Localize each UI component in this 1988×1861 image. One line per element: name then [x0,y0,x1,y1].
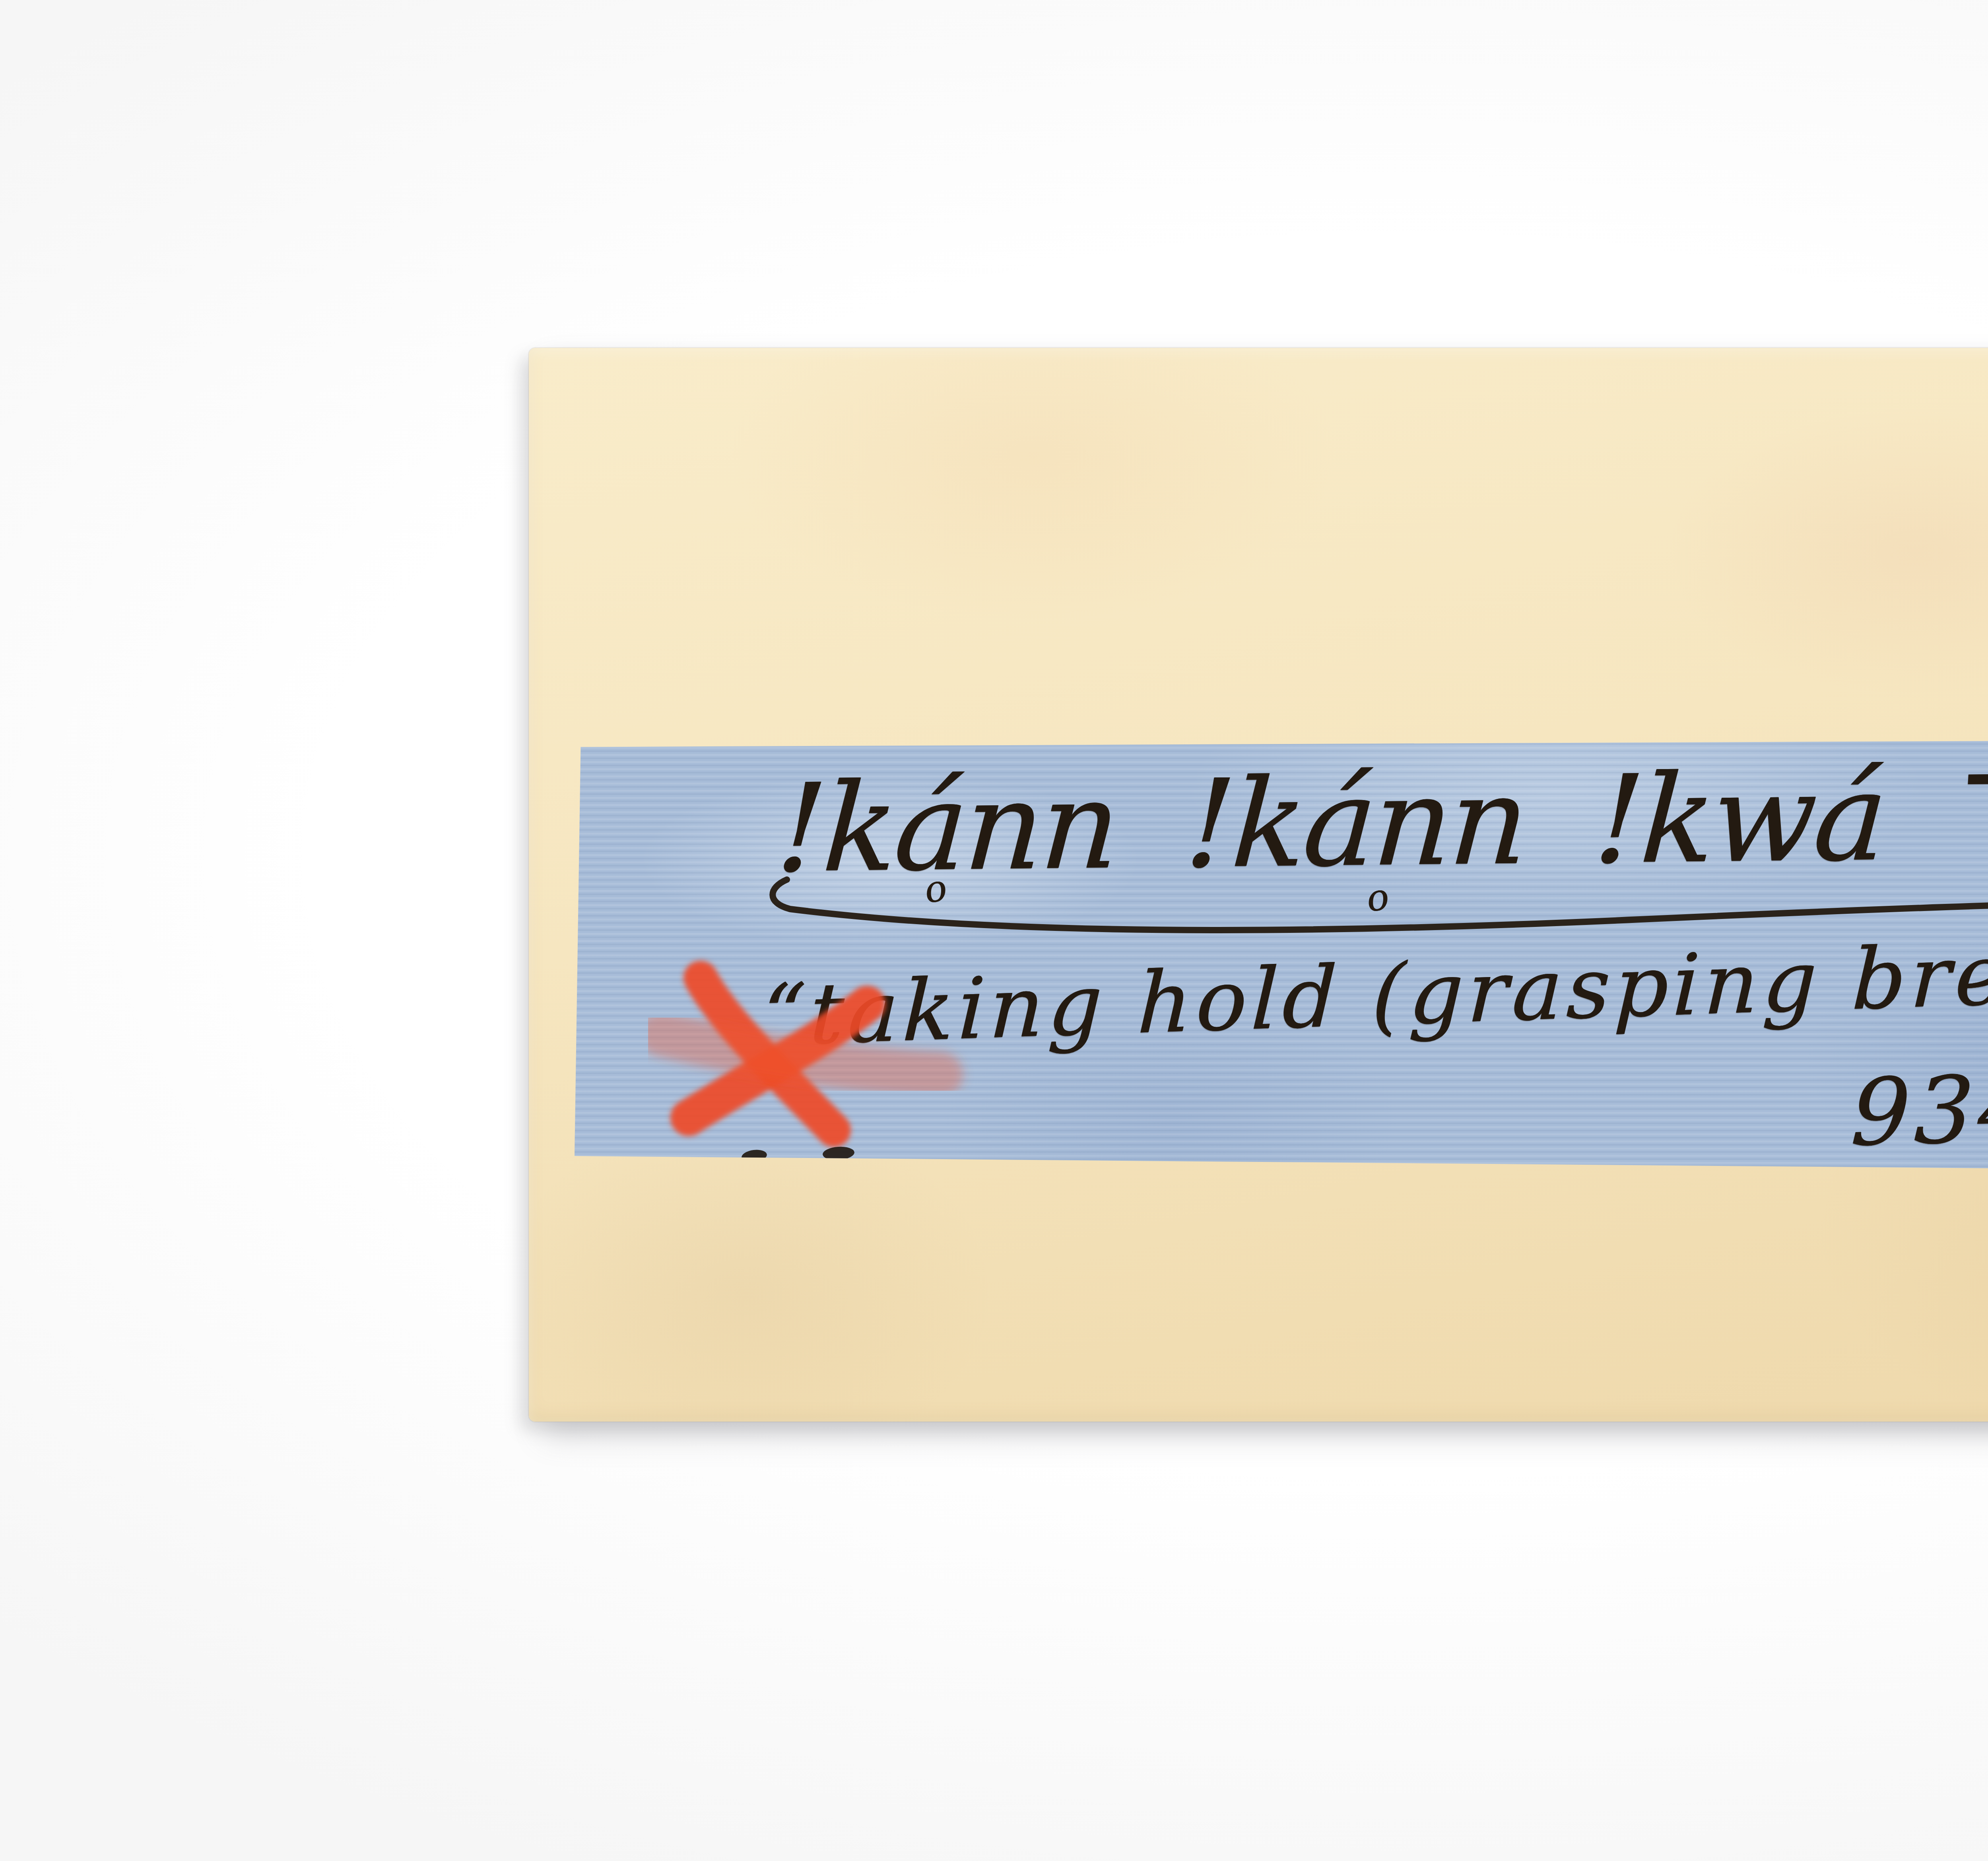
reference-number: 934, 17, [1849,1052,1988,1164]
transcription-word-4: ⊤kam [1949,752,1988,878]
transcription-word-3: !kwá [1591,757,1888,882]
transcription-line: !kánn !kánn !kwá ⊤kam [773,752,1988,890]
underline-stroke [761,871,1988,938]
photo-scene: !kánn !kánn !kwá ⊤kam o o “taking hold (… [0,0,1988,1861]
blue-slip: !kánn !kánn !kwá ⊤kam o o “taking hold (… [575,740,1988,1171]
transcription-word-2: !kánn [1182,760,1529,886]
red-x-mark [648,954,1006,1177]
envelope: !kánn !kánn !kwá ⊤kam o o “taking hold (… [529,348,1988,1422]
